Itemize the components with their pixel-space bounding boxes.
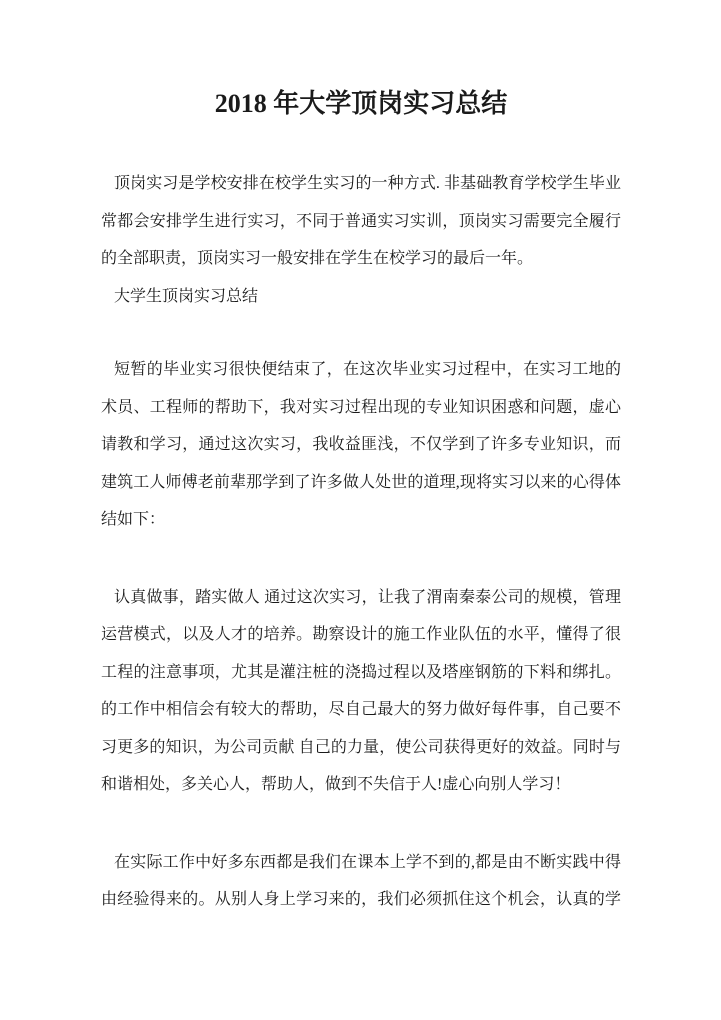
document-title: 2018 年大学顶岗实习总结	[101, 86, 621, 122]
text-line: 运营模式，以及人才的培养。勘察设计的施工作业队伍的水平，懂得了很多分项	[101, 616, 621, 654]
paragraph-summary-intro: 短暂的毕业实习很快便结束了，在这次毕业实习过程中，在实习工地的现场技 术员、工程…	[101, 351, 621, 539]
subtitle-line: 大学生顶岗实习总结	[101, 278, 621, 316]
text-line: 的全部职责，顶岗实习一般安排在学生在校学习的最后一年。	[101, 240, 621, 278]
text-line: 顶岗实习是学校安排在校学生实习的一种方式. 非基础教育学校学生毕业前通	[101, 165, 621, 203]
text-line: 在实际工作中好多东西都是我们在课本上学不到的,都是由不断实践中得来的，	[101, 844, 621, 882]
text-line: 建筑工人师傅老前辈那学到了许多做人处世的道理,现将实习以来的心得体会总	[101, 464, 621, 502]
paragraph-practice: 在实际工作中好多东西都是我们在课本上学不到的,都是由不断实践中得来的， 由经验得…	[101, 844, 621, 919]
text-line: 常都会安排学生进行实习，不同于普通实习实训，顶岗实习需要完全履行其岗位	[101, 203, 621, 241]
paragraph-subtitle: 大学生顶岗实习总结	[101, 278, 621, 316]
text-line: 结如下：	[101, 501, 621, 539]
text-line: 请教和学习，通过这次实习，我收益匪浅，不仅学到了许多专业知识，而且还从	[101, 426, 621, 464]
text-line: 和谐相处，多关心人，帮助人，做到不失信于人!虚心向别人学习！	[101, 766, 621, 804]
paragraph-experience: 认真做事，踏实做人 通过这次实习，让我了渭南秦泰公司的规模，管理体制， 运营模式…	[101, 579, 621, 804]
paragraph-intro: 顶岗实习是学校安排在校学生实习的一种方式. 非基础教育学校学生毕业前通 常都会安…	[101, 165, 621, 278]
text-line: 短暂的毕业实习很快便结束了，在这次毕业实习过程中，在实习工地的现场技	[101, 351, 621, 389]
text-line: 的工作中相信会有较大的帮助，尽自己最大的努力做好每件事，自己要不断的学	[101, 691, 621, 729]
text-line: 术员、工程师的帮助下，我对实习过程出现的专业知识困惑和问题，虚心向他们	[101, 389, 621, 427]
text-line: 由经验得来的。从别人身上学习来的，我们必须抓住这个机会，认真的学习，不	[101, 881, 621, 919]
document-page: 2018 年大学顶岗实习总结 顶岗实习是学校安排在校学生实习的一种方式. 非基础…	[0, 0, 721, 1020]
text-line: 工程的注意事项，尤其是灌注桩的浇捣过程以及塔座钢筋的下料和绑扎。在以后	[101, 654, 621, 692]
text-line: 认真做事，踏实做人 通过这次实习，让我了渭南秦泰公司的规模，管理体制，	[101, 579, 621, 617]
text-line: 习更多的知识，为公司贡献 自己的力量，使公司获得更好的效益。同时与同事	[101, 729, 621, 767]
